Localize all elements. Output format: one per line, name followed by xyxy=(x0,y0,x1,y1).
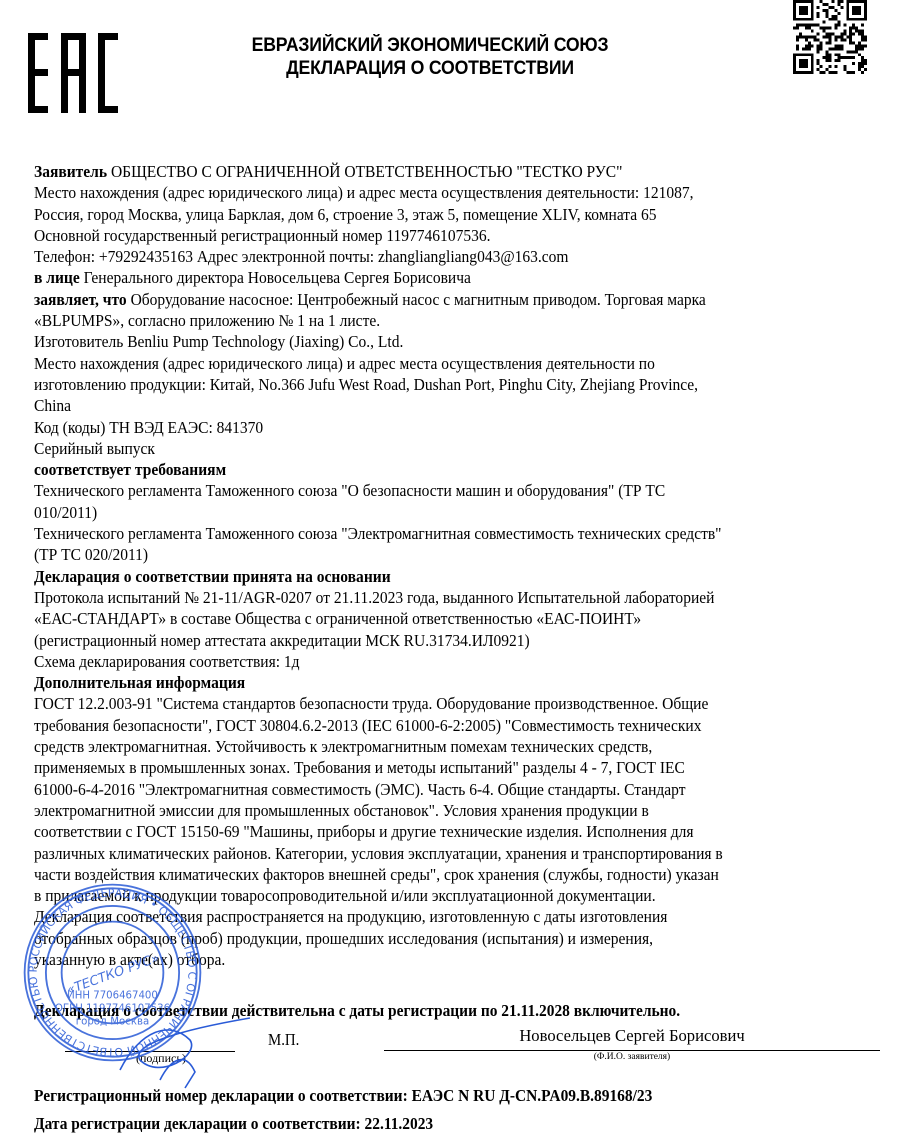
applicant-address-2: Россия, город Москва, улица Барклая, дом… xyxy=(34,204,838,225)
represented-line: в лице Генерального директора Новосельце… xyxy=(34,267,838,288)
basis-line-2: «ЕАС-СТАНДАРТ» в составе Общества с огра… xyxy=(34,608,838,629)
additional-info-line: средств электромагнитная. Устойчивость к… xyxy=(34,736,838,757)
requirement-1-line-2: 010/2011) xyxy=(34,502,838,523)
additional-info-line: отобранных образцов (проб) продукции, пр… xyxy=(34,928,838,949)
additional-info-line: ГОСТ 12.2.003-91 "Система стандартов без… xyxy=(34,693,838,714)
declaration-body: Заявитель ОБЩЕСТВО С ОГРАНИЧЕННОЙ ОТВЕТС… xyxy=(34,161,838,970)
seal-place-label: М.П. xyxy=(268,1030,299,1050)
additional-info-line: соответствии с ГОСТ 15150-69 "Машины, пр… xyxy=(34,821,838,842)
additional-info-line: указанную в акте(ах) отбора. xyxy=(34,949,838,970)
requirement-1-line-1: Технического регламента Таможенного союз… xyxy=(34,480,838,501)
declares-label: заявляет, что xyxy=(34,290,127,309)
manufacturer: Изготовитель Benliu Pump Technology (Jia… xyxy=(34,331,838,352)
applicant-label: Заявитель xyxy=(34,162,107,181)
applicant-line: Заявитель ОБЩЕСТВО С ОГРАНИЧЕННОЙ ОТВЕТС… xyxy=(34,161,838,182)
union-title: ЕВРАЗИЙСКИЙ ЭКОНОМИЧЕСКИЙ СОЮЗ xyxy=(216,34,644,57)
production-type: Серийный выпуск xyxy=(34,438,838,459)
applicant-ogrn: Основной государственный регистрационный… xyxy=(34,225,838,246)
qr-code-icon xyxy=(793,0,867,74)
basis-line-3: (регистрационный номер аттестата аккреди… xyxy=(34,630,838,651)
product-description-2: «BLPUMPS», согласно приложению № 1 на 1 … xyxy=(34,310,838,331)
additional-info-line: применяемых в промышленных зонах. Требов… xyxy=(34,757,838,778)
applicant-address-1: Место нахождения (адрес юридического лиц… xyxy=(34,182,838,203)
requirements-label: соответствует требованиям xyxy=(34,459,838,480)
additional-info-line: различных климатических районов. Категор… xyxy=(34,843,838,864)
applicant-name: ОБЩЕСТВО С ОГРАНИЧЕННОЙ ОТВЕТСТВЕННОСТЬЮ… xyxy=(111,162,622,181)
additional-info-line: в прилагаемой к продукции товаросопровод… xyxy=(34,885,838,906)
additional-info-line: части воздействия климатических факторов… xyxy=(34,864,838,885)
basis-label: Декларация о соответствии принята на осн… xyxy=(34,566,838,587)
svg-text:ИНН 7706467400: ИНН 7706467400 xyxy=(67,990,158,1001)
signer-name-line xyxy=(384,1050,880,1051)
additional-info-line: требования безопасности", ГОСТ 30804.6.2… xyxy=(34,715,838,736)
additional-info-label: Дополнительная информация xyxy=(34,672,838,693)
requirement-2-line-1: Технического регламента Таможенного союз… xyxy=(34,523,838,544)
product-description-1: Оборудование насосное: Центробежный насо… xyxy=(131,290,706,309)
represented-by: Генерального директора Новосельцева Серг… xyxy=(84,268,471,287)
additional-info-line: 61000-6-4-2016 "Электромагнитная совмест… xyxy=(34,779,838,800)
manufacturer-address-3: China xyxy=(34,395,838,416)
document-heading: ЕВРАЗИЙСКИЙ ЭКОНОМИЧЕСКИЙ СОЮЗ ДЕКЛАРАЦИ… xyxy=(216,34,644,80)
signer-caption: (Ф.И.О. заявителя) xyxy=(384,1052,880,1062)
tn-ved-code: Код (коды) ТН ВЭД ЕАЭС: 841370 xyxy=(34,417,838,438)
declaration-title: ДЕКЛАРАЦИЯ О СООТВЕТСТВИИ xyxy=(216,57,644,80)
represented-label: в лице xyxy=(34,268,80,287)
manufacturer-address-1: Место нахождения (адрес юридического лиц… xyxy=(34,353,838,374)
declaration-scheme: Схема декларирования соответствия: 1д xyxy=(34,651,838,672)
additional-info-line: Декларация соответствия распространяется… xyxy=(34,906,838,927)
applicant-contacts: Телефон: +79292435163 Адрес электронной … xyxy=(34,246,838,267)
signer-name: Новосельцев Сергей Борисович xyxy=(384,1026,880,1046)
eac-logo xyxy=(28,33,118,113)
additional-info-text: ГОСТ 12.2.003-91 "Система стандартов без… xyxy=(34,693,838,970)
signature-caption: (подпись) xyxy=(136,1051,186,1066)
manufacturer-address-2: изготовлению продукции: Китай, No.366 Ju… xyxy=(34,374,838,395)
basis-line-1: Протокола испытаний № 21-11/AGR-0207 от … xyxy=(34,587,838,608)
additional-info-line: электромагнитной эмиссии для промышленны… xyxy=(34,800,838,821)
requirement-2-line-2: (ТР ТС 020/2011) xyxy=(34,544,838,565)
declares-line: заявляет, что Оборудование насосное: Цен… xyxy=(34,289,838,310)
registration-number: Регистрационный номер декларации о соотв… xyxy=(34,1086,652,1106)
registration-date: Дата регистрации декларации о соответств… xyxy=(34,1114,433,1134)
validity-statement: Декларация о соответствии действительна … xyxy=(34,1001,680,1021)
